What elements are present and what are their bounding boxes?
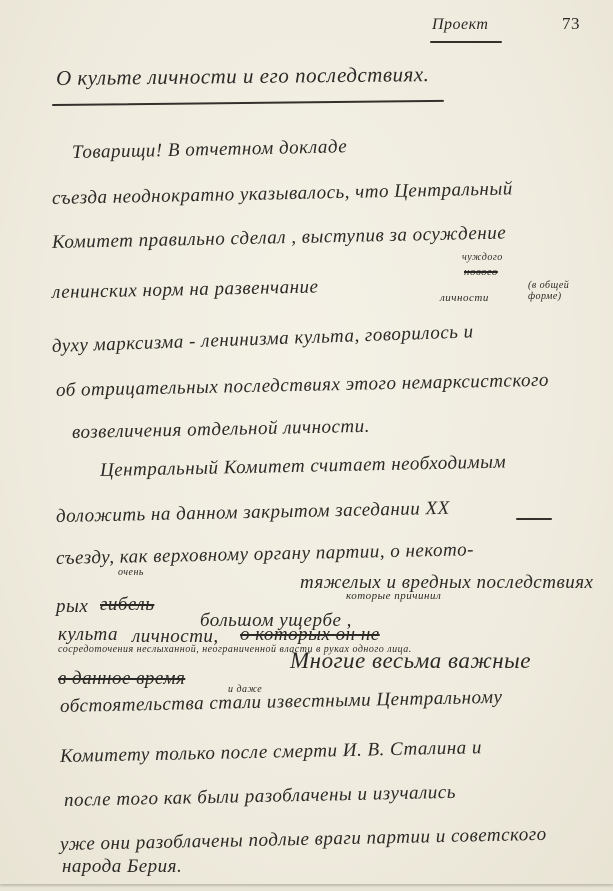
body-line-17: после того как были разоблачены и изучал… [64,782,456,812]
body-line-5: духу марксизма - ленинизма культа, говор… [52,321,474,358]
body-line-13-start: культа [58,624,118,646]
body-line-7: возвеличения отдельной личности. [72,416,370,444]
body-line-14: Многие весьма важные [290,648,531,674]
struck-word: нового [464,266,498,278]
body-line-3: Комитет правильно сделал , выступив за о… [52,222,507,254]
xx-underline [516,518,552,520]
manuscript-page: Проект 73 О культе личности и его послед… [0,0,613,884]
body-line-4: ленинских норм на развенчание [52,276,319,304]
insertion-lichnosti: личности [440,292,489,304]
body-line-15: обстоятельства стали известными Централь… [60,687,503,718]
struck-phrase: о которых он не [240,624,380,646]
body-line-11: тяжелых и вредных последствиях [300,572,593,594]
insertion-ochen: очень [118,567,144,578]
body-line-2: съезда неоднократно указывалось, что Цен… [52,178,513,210]
struck-word-gibel: гибель [100,594,154,616]
body-line-12-start: рых [56,596,88,618]
draft-label: Проект [432,16,488,34]
body-line-18: уже они разоблачены подлые враги партии … [60,824,547,856]
insertion-chuzhdogo: чуждого [462,252,503,263]
body-line-9: доложить на данном закрытом заседании XX [56,498,450,528]
body-line-6: об отрицательных последствиях этого нема… [56,370,549,402]
body-line-19: народа Берия. [62,856,182,878]
body-line-8: Центральный Комитет считает необходимым [100,451,507,482]
insertion-obshchey-forme: (в общей форме) [528,280,598,302]
body-line-16: Комитету только после смерти И. В. Стали… [60,737,482,768]
draft-label-underline [430,41,502,43]
struck-v-dannoe-vremya: в данное время [58,668,185,690]
body-line-10: съезду, как верховному органу партии, о … [56,539,474,570]
title-underline [52,100,444,106]
body-line-1: Товарищи! В отчетном докладе [72,136,348,164]
document-title: О культе личности и его последствиях. [56,62,430,91]
page-number: 73 [562,14,580,34]
insertion-kotorye: которые причинил [346,590,441,602]
